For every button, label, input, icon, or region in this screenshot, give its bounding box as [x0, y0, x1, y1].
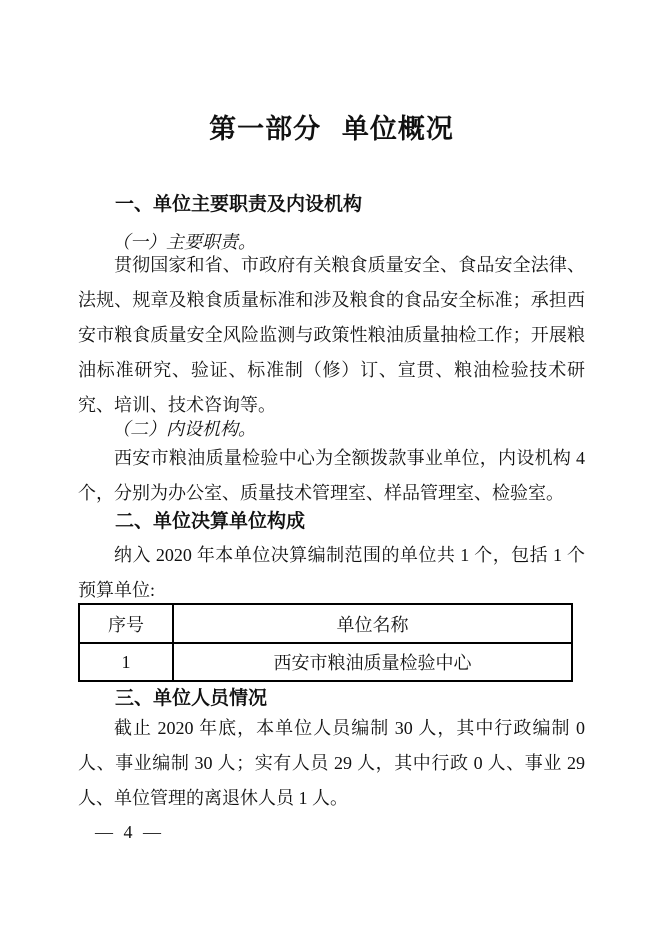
- table-header-unit-name: 单位名称: [173, 604, 572, 643]
- paragraph-main-duties: 贯彻国家和省、市政府有关粮食质量安全、食品安全法律、法规、规章及粮食质量标准和涉…: [78, 248, 585, 423]
- section-heading-duties: 一、单位主要职责及内设机构: [78, 192, 585, 218]
- paragraph-budget-composition-intro: 纳入 2020 年本单位决算编制范围的单位共 1 个，包括 1 个预算单位:: [78, 538, 585, 608]
- table-cell-unit-name: 西安市粮油质量检验中心: [173, 643, 572, 681]
- page-number: — 4 —: [95, 822, 164, 843]
- paragraph-personnel: 截止 2020 年底，本单位人员编制 30 人，其中行政编制 0 人、事业编制 …: [78, 711, 585, 816]
- document-page: 第一部分 单位概况 一、单位主要职责及内设机构 （一）主要职责。 贯彻国家和省、…: [0, 0, 662, 936]
- table-row: 1 西安市粮油质量检验中心: [79, 643, 572, 681]
- section-heading-personnel: 三、单位人员情况: [78, 686, 585, 712]
- table-header-row: 序号 单位名称: [79, 604, 572, 643]
- table-cell-index: 1: [79, 643, 173, 681]
- paragraph-internal-structure: 西安市粮油质量检验中心为全额拨款事业单位，内设机构 4 个，分别为办公室、质量技…: [78, 441, 585, 511]
- page-title: 第一部分 单位概况: [78, 112, 585, 146]
- section-heading-budget-composition: 二、单位决算单位构成: [78, 509, 585, 535]
- subsection-heading-internal-structure: （二）内设机构。: [78, 416, 585, 442]
- table-header-index: 序号: [79, 604, 173, 643]
- budget-units-table: 序号 单位名称 1 西安市粮油质量检验中心: [78, 603, 573, 682]
